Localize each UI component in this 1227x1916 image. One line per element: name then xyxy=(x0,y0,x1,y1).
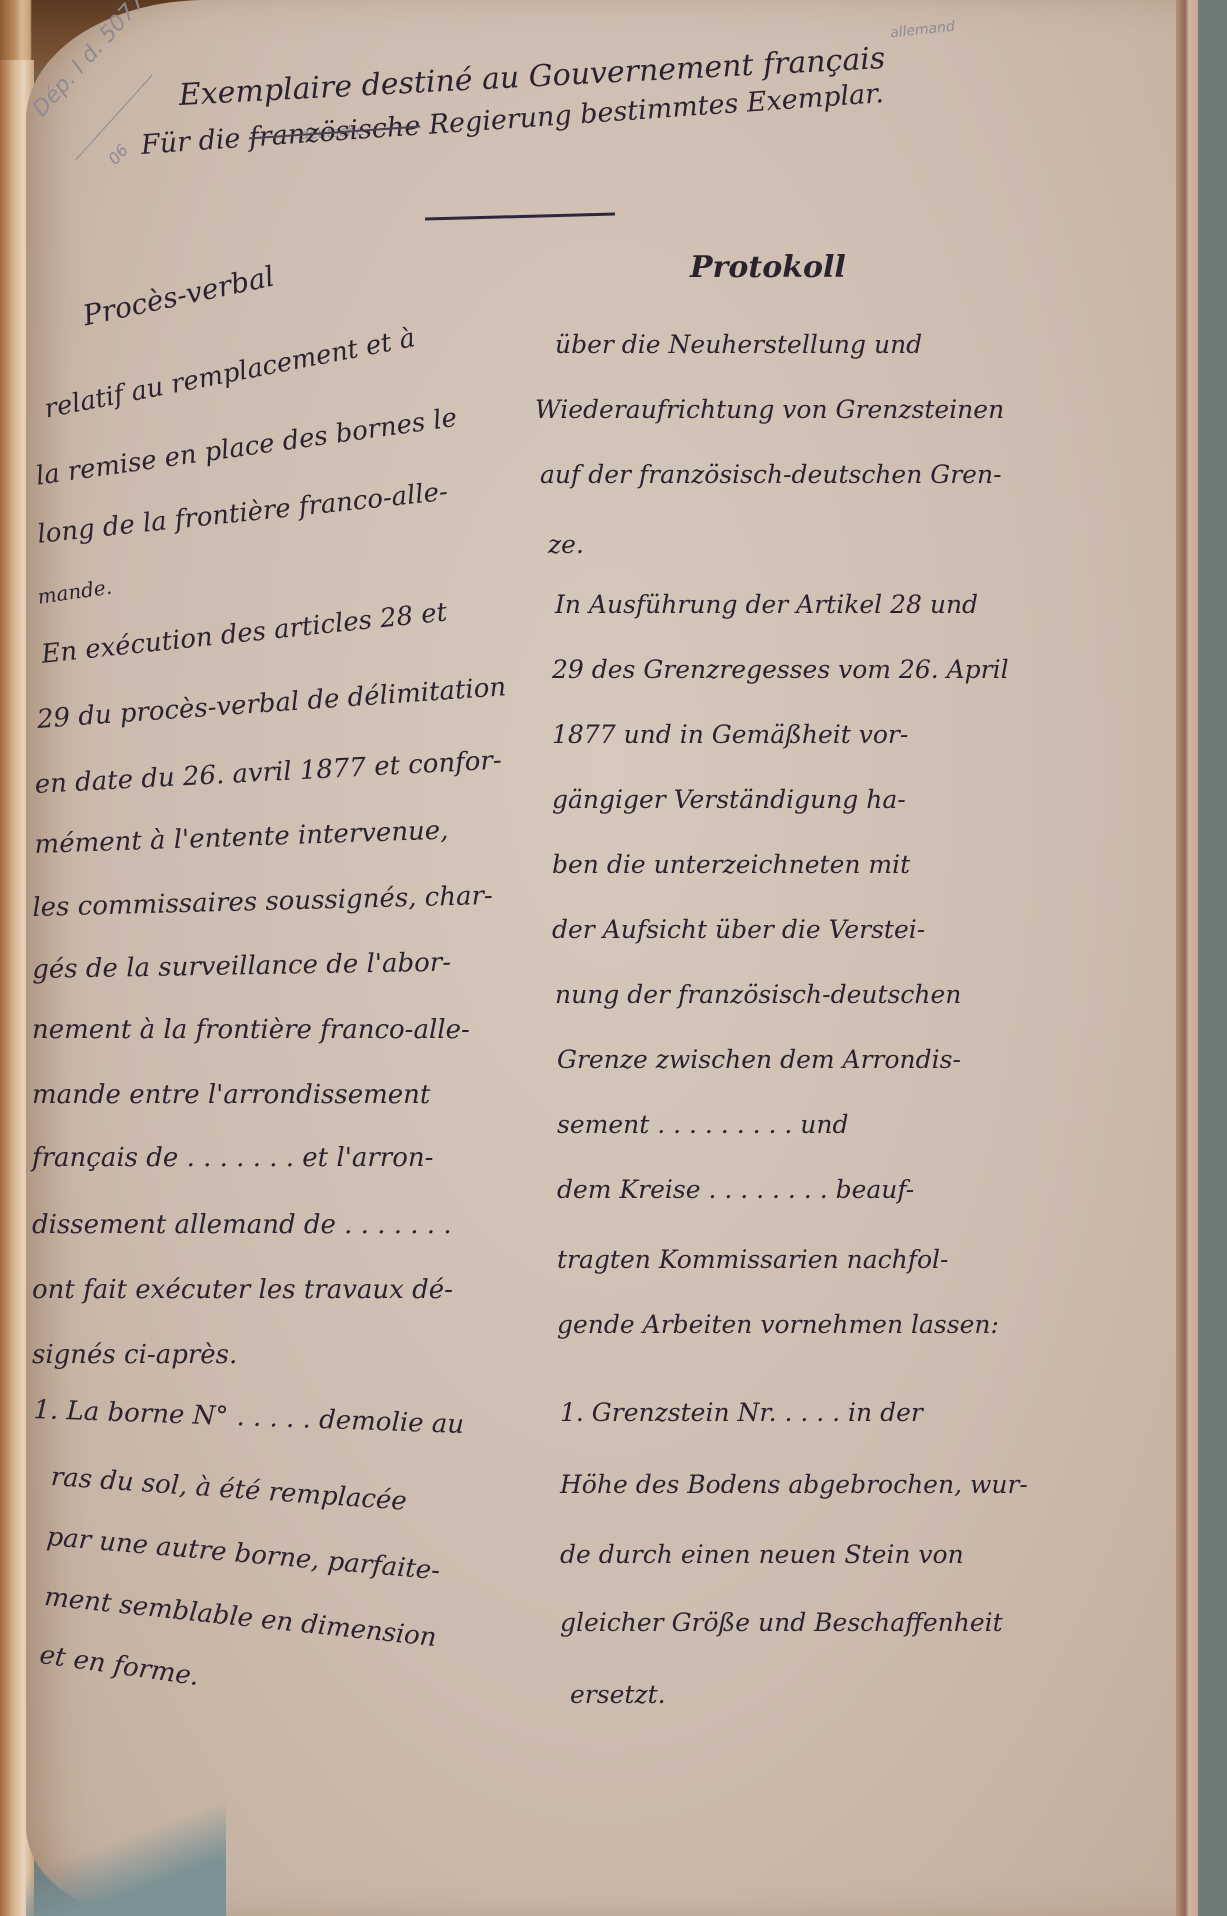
de-line: 1877 und in Gemäßheit vor- xyxy=(552,720,908,749)
fr-line: signés ci-après. xyxy=(32,1340,237,1370)
de-line: auf der französisch-deutschen Gren- xyxy=(540,460,1002,489)
fr-line: nement à la frontière franco-alle- xyxy=(32,1015,470,1045)
de-line: gleicher Größe und Beschaffenheit xyxy=(560,1608,1003,1637)
fr-line: dissement allemand de . . . . . . . xyxy=(32,1210,452,1240)
de-line: Wiederaufrichtung von Grenzsteinen xyxy=(535,395,1004,424)
de-line: de durch einen neuen Stein von xyxy=(560,1540,964,1569)
de-line: Höhe des Bodens abgebrochen, wur- xyxy=(560,1470,1028,1499)
de-line: In Ausführung der Artikel 28 und xyxy=(555,590,978,619)
de-line: gängiger Verständigung ha- xyxy=(552,785,906,814)
de-line: ersetzt. xyxy=(570,1680,666,1709)
de-line: dem Kreise . . . . . . . . beauf- xyxy=(557,1175,914,1204)
de-line: 1. Grenzstein Nr. . . . . in der xyxy=(560,1398,923,1427)
fr-line: français de . . . . . . . et l'arron- xyxy=(32,1143,433,1173)
de-line: ben die unterzeichneten mit xyxy=(552,850,910,879)
de-line: der Aufsicht über die Verstei- xyxy=(552,915,925,944)
de-line: 29 des Grenzregesses vom 26. April xyxy=(552,655,1009,684)
de-line: gende Arbeiten vornehmen lassen: xyxy=(557,1310,999,1339)
book-cover-edge xyxy=(1198,0,1227,1916)
de-line: Grenze zwischen dem Arrondis- xyxy=(557,1045,961,1074)
page-curl-shadow xyxy=(26,1796,226,1916)
de-line: über die Neuherstellung und xyxy=(555,330,922,359)
de-line: ze. xyxy=(548,530,584,559)
right-page-edge xyxy=(1176,0,1198,1916)
german-heading: Protokoll xyxy=(690,250,846,285)
fr-line: mande entre l'arrondissement xyxy=(32,1080,430,1110)
de-line: nung der französisch-deutschen xyxy=(555,980,961,1009)
fr-line: ont fait exécuter les travaux dé- xyxy=(32,1275,453,1305)
de-line: sement . . . . . . . . . und xyxy=(557,1110,848,1139)
de-line: tragten Kommissarien nachfol- xyxy=(557,1245,948,1274)
